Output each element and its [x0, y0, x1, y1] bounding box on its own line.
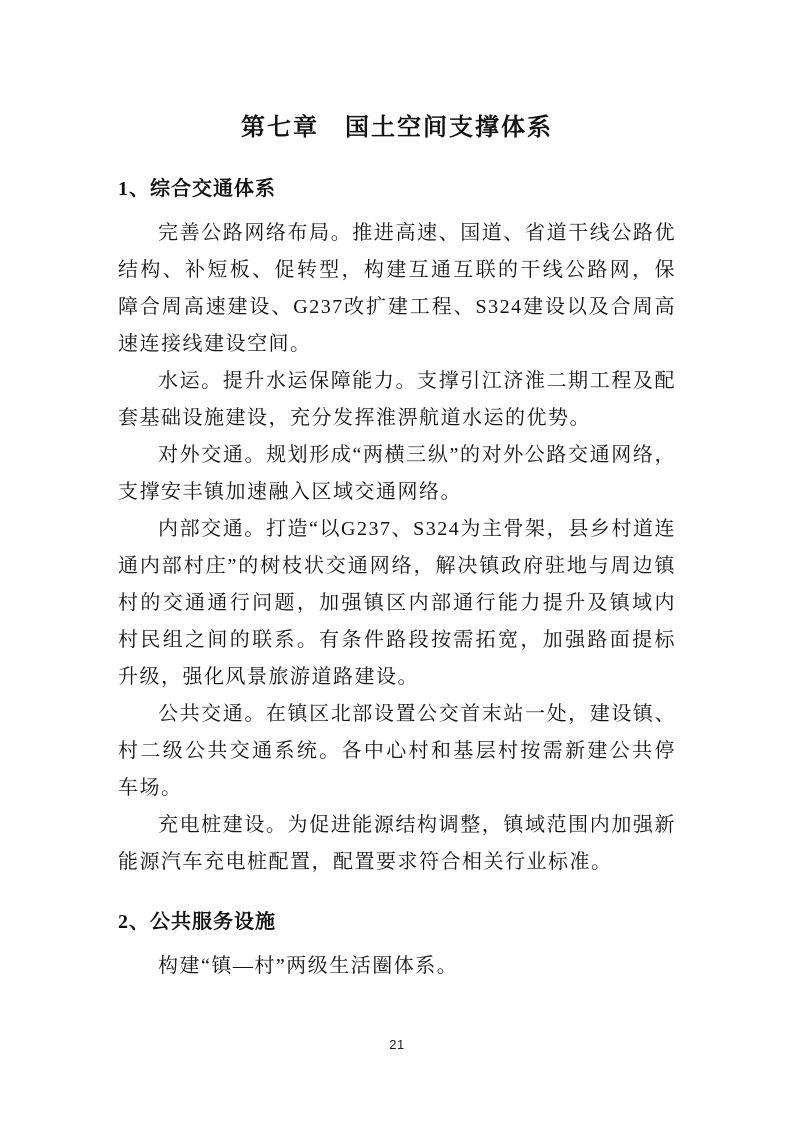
paragraph-living-circle: 构建“镇—村”两级生活圈体系。 [118, 948, 676, 985]
paragraph-external-transport: 对外交通。规划形成“两横三纵”的对外公路交通网络，支撑安丰镇加速融入区域交通网络… [118, 437, 676, 511]
section-heading-transport: 1、综合交通体系 [118, 176, 676, 202]
section-comprehensive-transport: 1、综合交通体系 完善公路网络布局。推进高速、国道、省道干线公路优结构、补短板、… [118, 176, 676, 881]
page-number: 21 [0, 1037, 794, 1052]
paragraph-road-network: 完善公路网络布局。推进高速、国道、省道干线公路优结构、补短板、促转型，构建互通互… [118, 215, 676, 363]
document-page: 第七章 国土空间支撑体系 1、综合交通体系 完善公路网络布局。推进高速、国道、省… [0, 0, 794, 1122]
paragraph-public-transport: 公共交通。在镇区北部设置公交首末站一处，建设镇、村二级公共交通系统。各中心村和基… [118, 696, 676, 807]
chapter-title: 第七章 国土空间支撑体系 [118, 112, 676, 144]
section-public-services: 2、公共服务设施 构建“镇—村”两级生活圈体系。 [118, 909, 676, 985]
paragraph-charging-piles: 充电桩建设。为促进能源结构调整，镇域范围内加强新能源汽车充电桩配置，配置要求符合… [118, 807, 676, 881]
section-heading-public-services: 2、公共服务设施 [118, 909, 676, 935]
paragraph-water-transport: 水运。提升水运保障能力。支撑引江济淮二期工程及配套基础设施建设，充分发挥淮淠航道… [118, 363, 676, 437]
paragraph-internal-transport: 内部交通。打造“以G237、S324为主骨架，县乡村道连通内部村庄”的树枝状交通… [118, 511, 676, 696]
